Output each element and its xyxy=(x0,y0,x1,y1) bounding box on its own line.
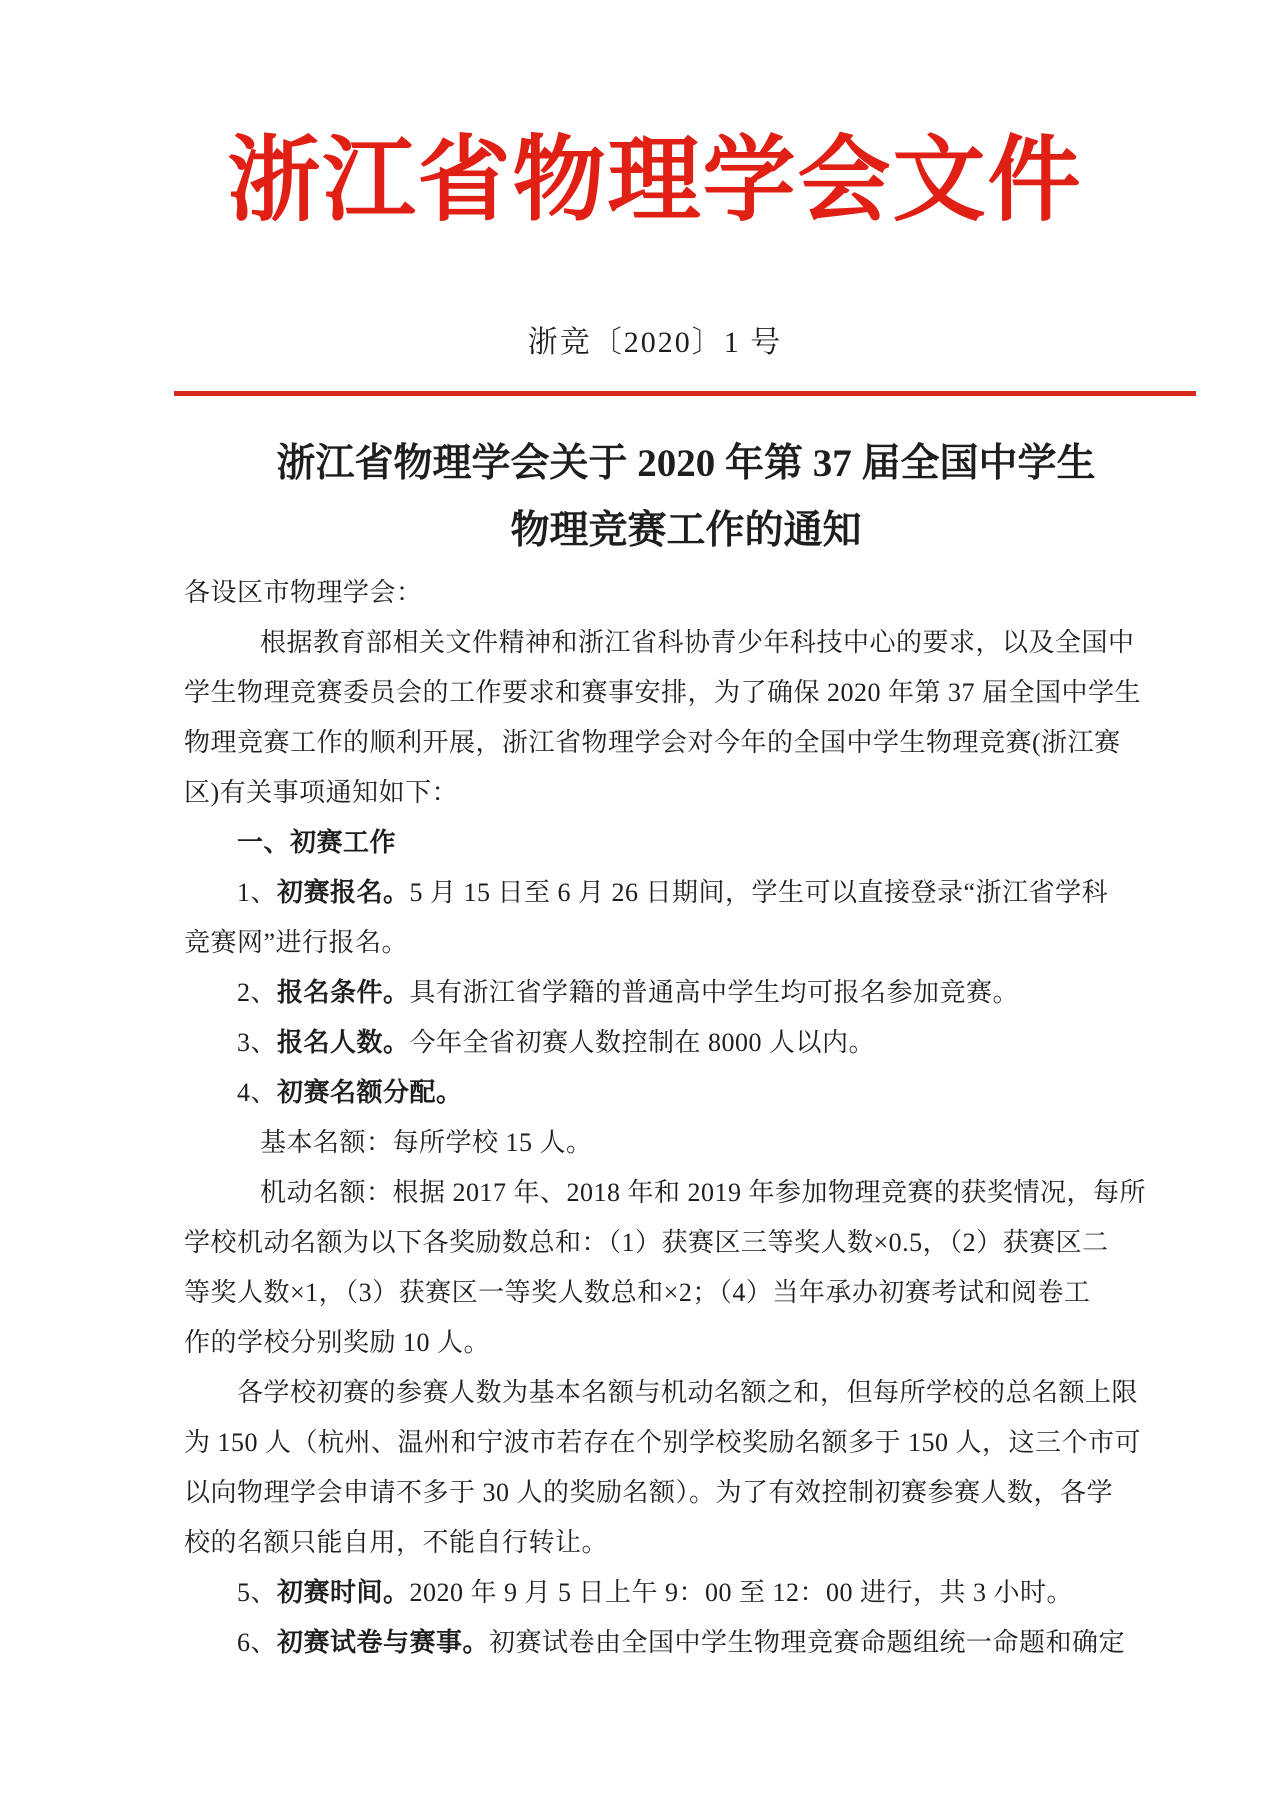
official-document-page: 浙江省物理学会文件 浙竞〔2020〕1 号 浙江省物理学会关于 2020 年第 … xyxy=(0,0,1280,1810)
document-title-line2: 物理竞赛工作的通知 xyxy=(175,497,1197,564)
item-heading: 初赛时间。 xyxy=(277,1578,410,1607)
body-line: 各学校初赛的参赛人数为基本名额与机动名额之和，但每所学校的总名额上限 xyxy=(184,1368,1196,1418)
body-line: 2、报名条件。具有浙江省学籍的普通高中学生均可报名参加竞赛。 xyxy=(184,968,1196,1018)
item-heading: 初赛报名。 xyxy=(277,878,410,907)
line-text: 各设区市物理学会： xyxy=(184,578,423,607)
body-line: 以向物理学会申请不多于 30 人的奖励名额）。为了有效控制初赛参赛人数，各学 xyxy=(184,1468,1196,1518)
line-text: 为 150 人（杭州、温州和宁波市若存在个别学校奖励名额多于 150 人，这三个… xyxy=(184,1428,1141,1457)
item-number: 3、 xyxy=(237,1028,277,1057)
body-line: 各设区市物理学会： xyxy=(184,568,1196,618)
body-line: 物理竞赛工作的顺利开展，浙江省物理学会对今年的全国中学生物理竞赛(浙江赛 xyxy=(184,718,1196,768)
item-number: 5、 xyxy=(237,1578,277,1607)
body-line: 竞赛网”进行报名。 xyxy=(184,918,1196,968)
body-line: 作的学校分别奖励 10 人。 xyxy=(184,1318,1196,1368)
body-line: 一、初赛工作 xyxy=(184,818,1196,868)
item-heading: 初赛名额分配。 xyxy=(277,1078,463,1107)
body-line: 6、初赛试卷与赛事。初赛试卷由全国中学生物理竞赛命题组统一命题和确定 xyxy=(184,1618,1196,1668)
body-line: 等奖人数×1，（3）获赛区一等奖人数总和×2；（4）当年承办初赛考试和阅卷工 xyxy=(184,1268,1196,1318)
line-text: 5 月 15 日至 6 月 26 日期间，学生可以直接登录“浙江省学科 xyxy=(410,878,1109,907)
line-text: 学生物理竞赛委员会的工作要求和赛事安排，为了确保 2020 年第 37 届全国中… xyxy=(184,678,1141,707)
body-line: 区)有关事项通知如下： xyxy=(184,768,1196,818)
line-text: 等奖人数×1，（3）获赛区一等奖人数总和×2；（4）当年承办初赛考试和阅卷工 xyxy=(184,1278,1090,1307)
line-text: 以向物理学会申请不多于 30 人的奖励名额）。为了有效控制初赛参赛人数，各学 xyxy=(184,1478,1113,1507)
body-line: 机动名额：根据 2017 年、2018 年和 2019 年参加物理竞赛的获奖情况… xyxy=(184,1168,1196,1218)
body-line: 为 150 人（杭州、温州和宁波市若存在个别学校奖励名额多于 150 人，这三个… xyxy=(184,1418,1196,1468)
body-line: 学生物理竞赛委员会的工作要求和赛事安排，为了确保 2020 年第 37 届全国中… xyxy=(184,668,1196,718)
item-heading: 一、初赛工作 xyxy=(237,828,396,857)
item-number: 6、 xyxy=(237,1628,277,1657)
line-text: 竞赛网”进行报名。 xyxy=(184,928,408,957)
masthead-title: 浙江省物理学会文件 xyxy=(145,126,1165,238)
line-text: 各学校初赛的参赛人数为基本名额与机动名额之和，但每所学校的总名额上限 xyxy=(237,1378,1138,1407)
line-text: 2020 年 9 月 5 日上午 9：00 至 12：00 进行，共 3 小时。 xyxy=(410,1578,1074,1607)
item-number: 1、 xyxy=(237,878,277,907)
line-text: 校的名额只能自用，不能自行转让。 xyxy=(184,1528,608,1557)
body-line: 根据教育部相关文件精神和浙江省科协青少年科技中心的要求，以及全国中 xyxy=(184,618,1196,668)
line-text: 作的学校分别奖励 10 人。 xyxy=(184,1328,490,1357)
body-line: 5、初赛时间。2020 年 9 月 5 日上午 9：00 至 12：00 进行，… xyxy=(184,1568,1196,1618)
line-text: 初赛试卷由全国中学生物理竞赛命题组统一命题和确定 xyxy=(489,1628,1125,1657)
line-text: 机动名额：根据 2017 年、2018 年和 2019 年参加物理竞赛的获奖情况… xyxy=(260,1178,1146,1207)
line-text: 具有浙江省学籍的普通高中学生均可报名参加竞赛。 xyxy=(410,978,1020,1007)
body-line: 学校机动名额为以下各奖励数总和：（1）获赛区三等奖人数×0.5，（2）获赛区二 xyxy=(184,1218,1196,1268)
body-line: 1、初赛报名。5 月 15 日至 6 月 26 日期间，学生可以直接登录“浙江省… xyxy=(184,868,1196,918)
item-number: 2、 xyxy=(237,978,277,1007)
line-text: 物理竞赛工作的顺利开展，浙江省物理学会对今年的全国中学生物理竞赛(浙江赛 xyxy=(184,728,1121,757)
item-number: 4、 xyxy=(237,1078,277,1107)
document-title: 浙江省物理学会关于 2020 年第 37 届全国中学生 物理竞赛工作的通知 xyxy=(175,430,1197,564)
item-heading: 报名人数。 xyxy=(277,1028,410,1057)
body-line: 校的名额只能自用，不能自行转让。 xyxy=(184,1518,1196,1568)
item-heading: 报名条件。 xyxy=(277,978,410,1007)
item-heading: 初赛试卷与赛事。 xyxy=(277,1628,489,1657)
body-line: 基本名额：每所学校 15 人。 xyxy=(184,1118,1196,1168)
line-text: 区)有关事项通知如下： xyxy=(184,778,458,807)
body-line: 3、报名人数。今年全省初赛人数控制在 8000 人以内。 xyxy=(184,1018,1196,1068)
line-text: 今年全省初赛人数控制在 8000 人以内。 xyxy=(410,1028,876,1057)
line-text: 根据教育部相关文件精神和浙江省科协青少年科技中心的要求，以及全国中 xyxy=(260,628,1135,657)
line-text: 基本名额：每所学校 15 人。 xyxy=(260,1128,593,1157)
document-body: 各设区市物理学会：根据教育部相关文件精神和浙江省科协青少年科技中心的要求，以及全… xyxy=(184,568,1196,1668)
document-number: 浙竞〔2020〕1 号 xyxy=(145,322,1165,364)
document-title-line1: 浙江省物理学会关于 2020 年第 37 届全国中学生 xyxy=(175,430,1197,497)
line-text: 学校机动名额为以下各奖励数总和：（1）获赛区三等奖人数×0.5，（2）获赛区二 xyxy=(184,1228,1109,1257)
body-line: 4、初赛名额分配。 xyxy=(184,1068,1196,1118)
red-divider-line xyxy=(174,391,1196,396)
